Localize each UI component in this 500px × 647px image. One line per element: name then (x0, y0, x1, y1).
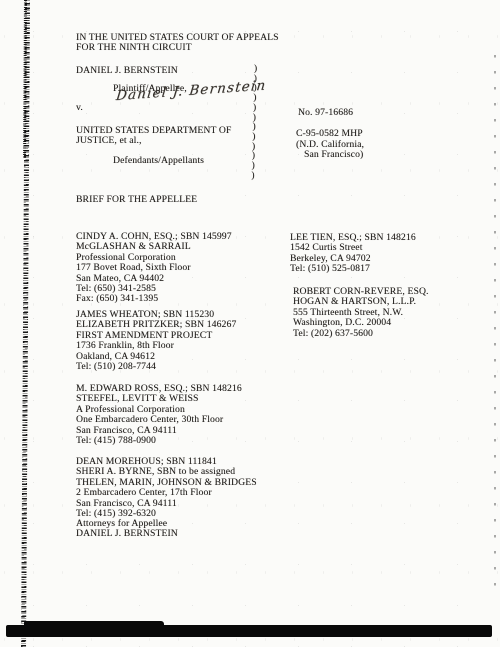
attorney-block-tien: LEE TIEN, ESQ.; SBN 1482161542 Curtis St… (290, 233, 416, 275)
attorney-block-wheaton: JAMES WHEATON; SBN 115230ELIZABETH PRITZ… (76, 310, 236, 372)
text-line: Tel: (510) 208-7744 (76, 362, 236, 372)
text-line: Tel: (510) 525-0817 (290, 264, 416, 274)
text-line: Tel: (415) 788-0900 (76, 436, 242, 446)
court-header: IN THE UNITED STATES COURT OF APPEALSFOR… (76, 33, 279, 54)
attorney-block-ross: M. EDWARD ROSS, ESQ.; SBN 148216STEEFEL,… (76, 384, 242, 446)
attorney-block-corn-revere: ROBERT CORN-REVERE, ESQ.HOGAN & HARTSON,… (293, 287, 429, 339)
text-line: DANIEL J. BERNSTEIN (76, 529, 178, 539)
plaintiff-name: DANIEL J. BERNSTEIN (76, 66, 178, 76)
brief-title: BRIEF FOR THE APPELLEE (76, 195, 197, 205)
scan-black-bar (6, 625, 492, 637)
defendant-name: UNITED STATES DEPARTMENT OFJUSTICE, et a… (76, 126, 231, 147)
district-court: (N.D. California, San Francisco) (296, 140, 364, 161)
attorney-block-cohn: CINDY A. COHN, ESQ.; SBN 145997McGLASHAN… (76, 232, 232, 305)
versus: v. (76, 103, 83, 113)
text-line: ) (251, 171, 254, 181)
scanned-brief-page: IN THE UNITED STATES COURT OF APPEALSFOR… (0, 0, 500, 647)
scan-binding-strip (21, 0, 30, 647)
district-case-number: C-95-0582 MHP (296, 129, 363, 139)
defendant-role: Defendants/Appellants (113, 156, 204, 166)
case-number: No. 97-16686 (298, 108, 353, 118)
text-line: JUSTICE, et al., (76, 136, 231, 146)
scan-edge-dots (494, 55, 496, 595)
text-line: FOR THE NINTH CIRCUIT (76, 43, 279, 53)
text-line: Tel: (202) 637-5600 (293, 329, 429, 339)
closing-attorneys: Attorneys for AppelleeDANIEL J. BERNSTEI… (76, 519, 178, 540)
text-line: Fax: (650) 341-1395 (76, 294, 232, 304)
attorney-block-morehous: DEAN MOREHOUS; SBN 111841SHERI A. BYRNE,… (76, 457, 257, 519)
district-court-line: San Francisco) (296, 150, 364, 160)
